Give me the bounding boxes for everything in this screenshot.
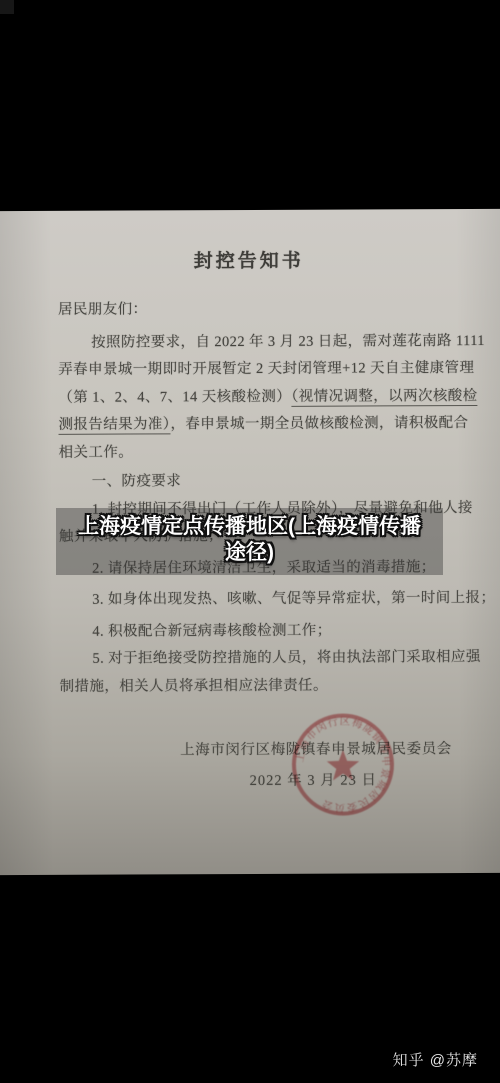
document-line: 4. 积极配合新冠病毒核酸检测工作； — [59, 617, 463, 646]
underlined-text: 测报告结果为准） — [58, 416, 170, 434]
text-segment: 弄春申景城一期即时开展暂定 2 天封闭管理+12 天自主健康管理 — [58, 360, 474, 378]
document-line: 弄春申景城一期即时开展暂定 2 天封闭管理+12 天自主健康管理 — [58, 355, 462, 384]
text-segment: （第 1、2、4、7、14 天核酸检测） — [58, 388, 291, 405]
document-line: （第 1、2、4、7、14 天核酸检测）（视情况调整，以两次核酸检 — [58, 383, 462, 412]
screenshot-root: 封控告知书 居民朋友们：按照防控要求，自 2022 年 3 月 23 日起，需对… — [0, 0, 500, 1083]
text-segment: 按照防控要求，自 2022 年 3 月 23 日起，需对莲花南路 1111 — [91, 332, 485, 350]
document-line: 3. 如身体出现发热、咳嗽、气促等异常症状，第一时间上报； — [59, 585, 463, 614]
underlined-text: （视情况调整，以两次核酸检 — [291, 388, 478, 407]
document-line: 按照防控要求，自 2022 年 3 月 23 日起，需对莲花南路 1111 — [58, 328, 462, 357]
text-segment: ，春申景城一期全员做核酸检测，请积极配合 — [170, 415, 468, 432]
document-title: 封控告知书 — [0, 245, 500, 274]
document-line: 测报告结果为准），春申景城一期全员做核酸检测，请积极配合 — [58, 410, 462, 439]
text-segment: 相关工作。 — [59, 444, 134, 460]
document-line: 5. 对于拒绝接受防控措施的人员，将由执法部门采取相应强 — [59, 644, 463, 673]
document-line: 制措施，相关人员将承担相应法律责任。 — [60, 672, 464, 701]
text-segment: 3. 如身体出现发热、咳嗽、气促等异常症状，第一时间上报； — [92, 590, 495, 608]
text-segment: 一、防疫要求 — [92, 473, 181, 489]
document-body: 居民朋友们：按照防控要求，自 2022 年 3 月 23 日起，需对莲花南路 1… — [58, 295, 464, 701]
headline-line-1: 上海疫情定点传播地区(上海疫情传播 — [78, 514, 421, 540]
text-segment: 5. 对于拒绝接受防控措施的人员，将由执法部门采取相应强 — [92, 649, 480, 667]
watermark-zhihu: 知乎 @苏摩 — [393, 1049, 478, 1070]
text-segment: 居民朋友们： — [58, 301, 147, 317]
document-line: 居民朋友们： — [58, 295, 462, 324]
document-line: 一、防疫要求 — [59, 467, 463, 496]
text-segment: 制措施，相关人员将承担相应法律责任。 — [60, 677, 328, 694]
corner-artifact — [0, 0, 14, 14]
text-segment: 4. 积极配合新冠病毒核酸检测工作； — [92, 622, 331, 639]
document-line: 相关工作。 — [59, 438, 463, 467]
headline-line-2: 途径) — [225, 540, 274, 566]
official-seal-stamp: 上海市闵行区梅陇镇春申景城居民委员会 — [286, 707, 400, 821]
headline-overlay: 上海疫情定点传播地区(上海疫情传播 途径) — [56, 508, 443, 575]
star-icon — [327, 750, 360, 781]
